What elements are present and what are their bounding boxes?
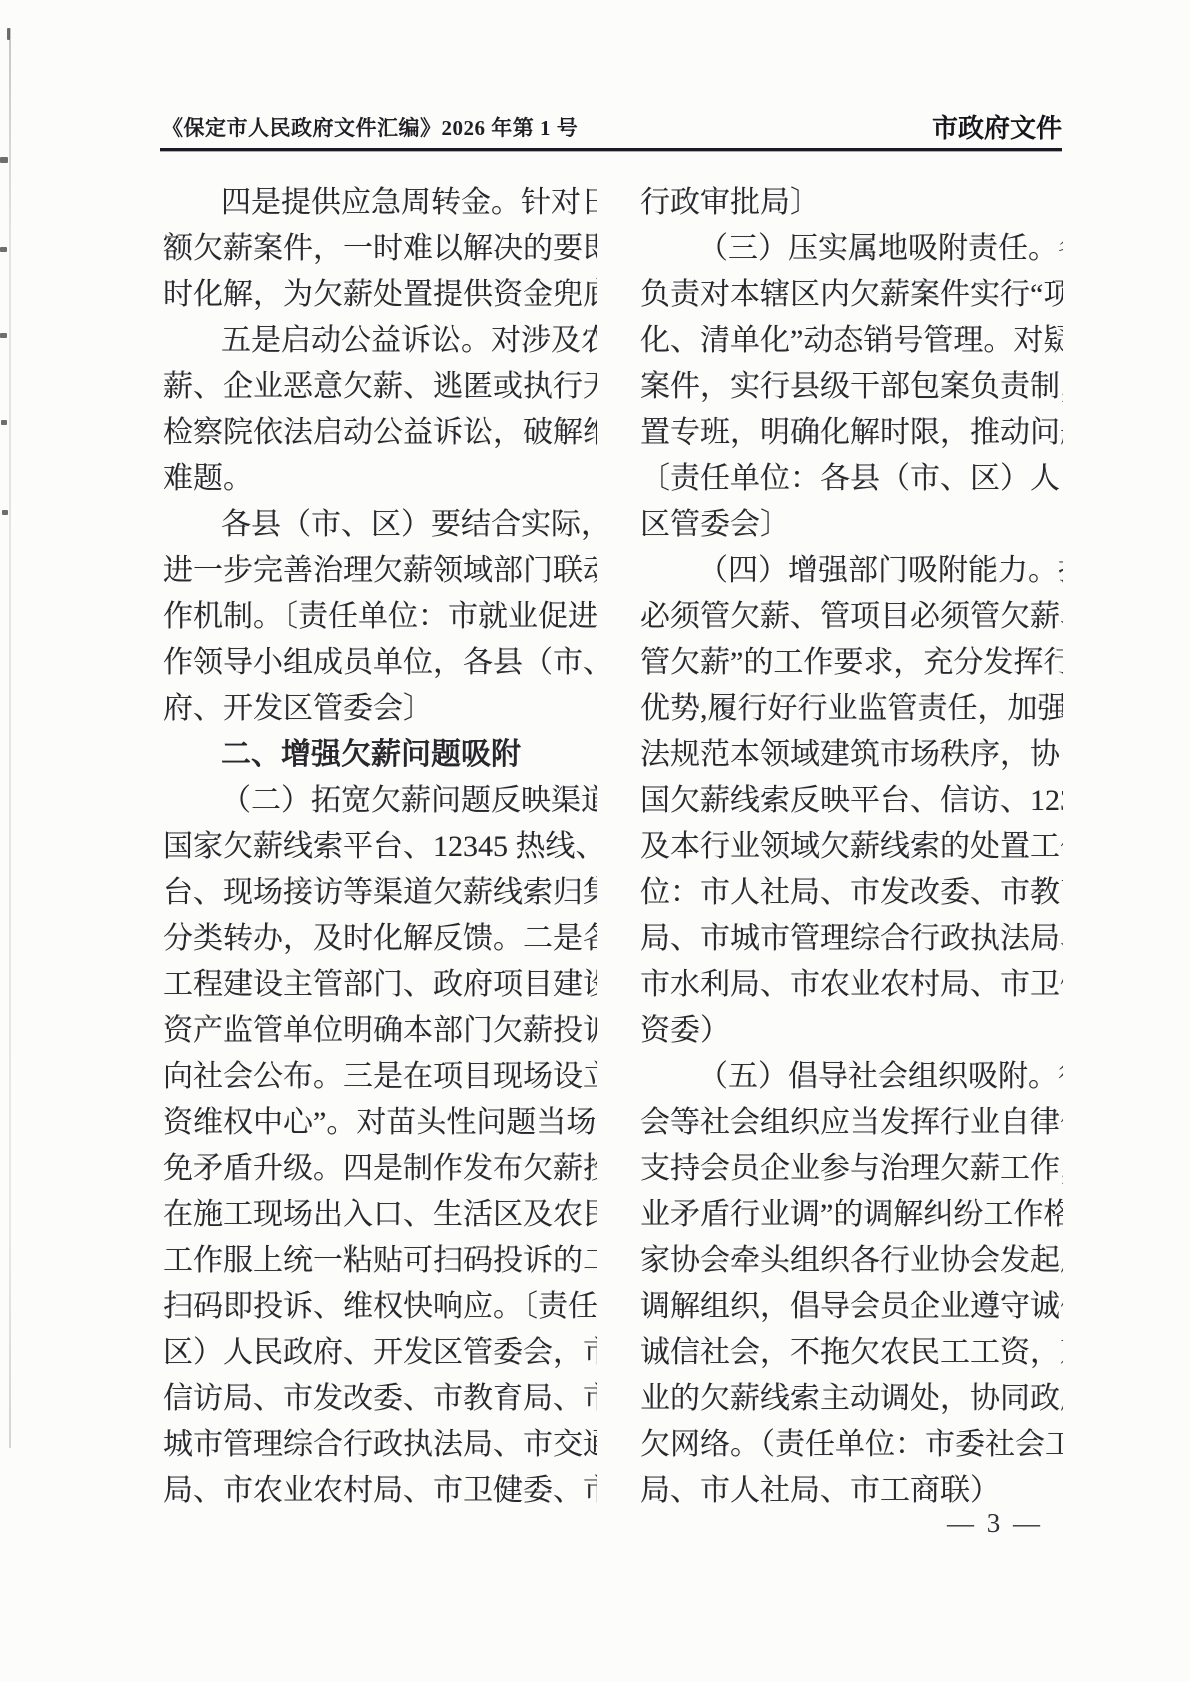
text-line: 调解组织，倡导会员企业遵守诚信原则，共建 bbox=[640, 1284, 1063, 1330]
document-page: 《保定市人民政府文件汇编》2026 年第 1 号 市政府文件 四是提供应急周转金… bbox=[0, 0, 1190, 1682]
text-line: 台、现场接访等渠道欠薪线索归集力度，快速 bbox=[163, 870, 597, 916]
text-line: 必须管欠薪、管项目必须管欠薪、管资金必须 bbox=[640, 594, 1063, 640]
text-line: 局、市城市管理综合行政执法局、市交通局、 bbox=[640, 916, 1063, 962]
text-line: 区管委会〕 bbox=[640, 502, 1063, 548]
text-line: 法规范本领域建筑市场秩序，协同配合做好全 bbox=[640, 732, 1063, 778]
left-column: 四是提供应急周转金。针对日常调处的小额欠薪案件，一时难以解决的要即时垫付、即时化… bbox=[163, 180, 597, 1514]
text-line: （三）压实属地吸附责任。各县（市、区） bbox=[640, 226, 1063, 272]
text-line: 额欠薪案件，一时难以解决的要即时垫付、即 bbox=[163, 226, 597, 272]
header-rule bbox=[160, 148, 1062, 151]
scan-speck bbox=[1, 420, 7, 425]
text-line: 时化解，为欠薪处置提供资金兜底保障。 bbox=[163, 272, 597, 318]
text-line: 分类转办，及时化解反馈。二是各级人社部门、 bbox=[163, 916, 597, 962]
text-line: 负责对本辖区内欠薪案件实行“项目化、台账 bbox=[640, 272, 1063, 318]
text-line: 工作服上统一粘贴可扫码投诉的二维码，实现 bbox=[163, 1238, 597, 1284]
text-line: 案件，实行县级干部包案负责制，组建专项处 bbox=[640, 364, 1063, 410]
header-publication-title: 《保定市人民政府文件汇编》2026 年第 1 号 bbox=[162, 112, 722, 142]
text-line: 进一步完善治理欠薪领域部门联动快调快处工 bbox=[163, 548, 597, 594]
scan-speck bbox=[0, 333, 7, 338]
text-line: 业矛盾行业调”的调解纠纷工作格局。由企业 bbox=[640, 1192, 1063, 1238]
text-line: （二）拓宽欠薪问题反映渠道。一是加大 bbox=[163, 778, 597, 824]
text-line: 置专班，明确化解时限，推动问题高效解决。 bbox=[640, 410, 1063, 456]
text-line: 家协会牵头组织各行业协会发起成立欠薪纠纷 bbox=[640, 1238, 1063, 1284]
text-line: 行政审批局〕 bbox=[640, 180, 1063, 226]
text-line: 作领导小组成员单位，各县（市、区）人民政 bbox=[163, 640, 597, 686]
scan-speck bbox=[0, 247, 7, 252]
header-document-category: 市政府文件 bbox=[932, 108, 1062, 145]
text-line: 区）人民政府、开发区管委会，市人社局、市 bbox=[163, 1330, 597, 1376]
text-line: 国欠薪线索反映平台、信访、12345 热线等涉 bbox=[640, 778, 1063, 824]
text-line: 诚信社会，不拖欠农民工工资，对涉及会员企 bbox=[640, 1330, 1063, 1376]
text-line: （五）倡导社会组织吸附。行业协会、商 bbox=[640, 1054, 1063, 1100]
page-number: — 3 — bbox=[940, 1508, 1050, 1539]
right-column: 行政审批局〕（三）压实属地吸附责任。各县（市、区）负责对本辖区内欠薪案件实行“项… bbox=[640, 180, 1063, 1514]
text-line: 管欠薪”的工作要求，充分发挥行业部门职能 bbox=[640, 640, 1063, 686]
text-line: 检察院依法启动公益诉讼，破解维权、执行 bbox=[163, 410, 597, 456]
scan-edge-artifact bbox=[9, 28, 11, 1448]
text-line: 扫码即投诉、维权快响应。〔责任单位: 各县(市、 bbox=[163, 1284, 597, 1330]
text-line: 〔责任单位：各县（市、区）人民政府、开发 bbox=[640, 456, 1063, 502]
text-line: 资委） bbox=[640, 1008, 1063, 1054]
text-line: 支持会员企业参与治理欠薪工作，推动构建“行 bbox=[640, 1146, 1063, 1192]
text-line: 作机制。〔责任单位：市就业促进和劳动保护工 bbox=[163, 594, 597, 640]
text-line: 城市管理综合行政执法局、市交通局、市水利 bbox=[163, 1422, 597, 1468]
text-line: 免矛盾升级。四是制作发布欠薪投诉二维码。 bbox=[163, 1146, 597, 1192]
text-line: 市水利局、市农业农村局、市卫健委、市国 bbox=[640, 962, 1063, 1008]
text-line: 欠网络。（责任单位：市委社会工作部、市司法 bbox=[640, 1422, 1063, 1468]
text-line: 化、清单化”动态销号管理。对疑难复杂欠薪 bbox=[640, 318, 1063, 364]
text-line: 位：市人社局、市发改委、市教育局、市住建 bbox=[640, 870, 1063, 916]
text-line: 五是启动公益诉讼。对涉及农民工集体欠 bbox=[163, 318, 597, 364]
text-line: 工程建设主管部门、政府项目建设单位、国有 bbox=[163, 962, 597, 1008]
text-line: 难题。 bbox=[163, 456, 597, 502]
text-line: 局、市农业农村局、市卫健委、市国资委、市 bbox=[163, 1468, 597, 1514]
text-line: 薪、企业恶意欠薪、逃匿或执行无果等情形， bbox=[163, 364, 597, 410]
scan-speck bbox=[2, 510, 8, 515]
text-line: 四是提供应急周转金。针对日常调处的小 bbox=[163, 180, 597, 226]
text-line: 会等社会组织应当发挥行业自律作用，指导和 bbox=[640, 1100, 1063, 1146]
text-line: 业的欠薪线索主动调处，协同政府织密联合治 bbox=[640, 1376, 1063, 1422]
scan-speck bbox=[0, 157, 8, 163]
text-line: 优势,履行好行业监管责任，加强源头治理，依 bbox=[640, 686, 1063, 732]
scan-speck bbox=[7, 28, 10, 40]
text-line: 在施工现场出入口、生活区及农民工安全帽、 bbox=[163, 1192, 597, 1238]
text-line: 资维权中心”。对苗头性问题当场协调解决，避 bbox=[163, 1100, 597, 1146]
text-line: 国家欠薪线索平台、12345 热线、阳光信访平 bbox=[163, 824, 597, 870]
text-line: 及本行业领域欠薪线索的处置工作。（责任单 bbox=[640, 824, 1063, 870]
text-line: 二、增强欠薪问题吸附 bbox=[163, 732, 597, 778]
text-line: （四）增强部门吸附能力。按照“管行业 bbox=[640, 548, 1063, 594]
text-line: 信访局、市发改委、市教育局、市住建局、市 bbox=[163, 1376, 597, 1422]
text-line: 府、开发区管委会〕 bbox=[163, 686, 597, 732]
text-line: 各县（市、区）要结合实际，参照建立或 bbox=[163, 502, 597, 548]
text-line: 资产监管单位明确本部门欠薪投诉受理电话并 bbox=[163, 1008, 597, 1054]
text-line: 向社会公布。三是在项目现场设立“农民工工 bbox=[163, 1054, 597, 1100]
